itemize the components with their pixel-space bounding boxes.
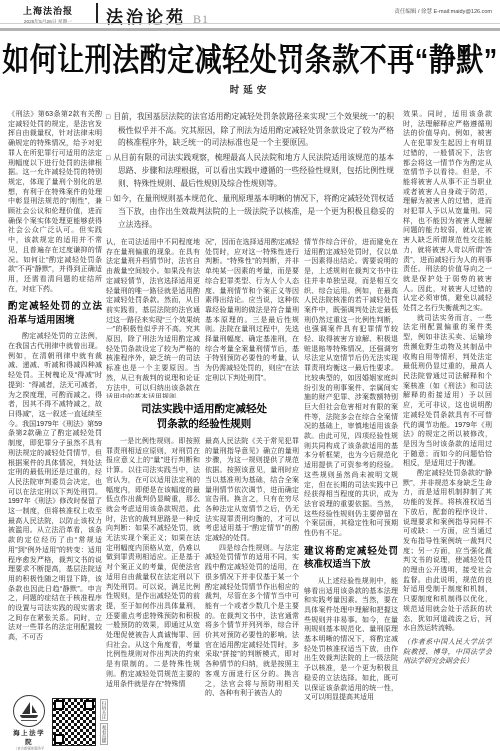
qr-captions: 扫码关注 观看直播: [100, 695, 108, 749]
article-paragraph: 最高人民法院《关于常见犯罪的量刑指导意见》确立的量刑步骤，为这一规则提供了规范依…: [205, 437, 299, 544]
column-2-top: 认，在司法适用中不同程度地存在量刑偏重的现象。在具有法定量刑升档情节时，法官自由…: [106, 238, 200, 398]
article-paragraph: 从上述经验性规则中，能够看出适用该条款的基本法理和实践考量因素。当然，要在具体案…: [304, 577, 398, 703]
article-paragraph: 酌定减轻处罚的立法例，在我国古代刑律中就曾出现。例如，在清朝刑律中就有裁减、递减…: [8, 332, 102, 643]
summary-box: □目前，我国基层法院的法官适用酌定减轻处罚条款路径来实现“三个效果统一”的积极性…: [106, 111, 394, 233]
footer-media-block: 海上法学院 （官方新媒体服务平台） 扫码关注 观看直播: [10, 695, 108, 749]
square-bullet-icon: □: [106, 155, 110, 162]
section-title-block: 法治论苑 B1: [96, 3, 209, 23]
column-5: 效果。同时，适用该条款时，法理解释应严格遵循刑法的价值导向。例如，被害人在犯罪发…: [403, 110, 492, 751]
page-number: B1: [193, 12, 209, 27]
editor-line: 责任编辑 / 徐慧 E-mail:maidy@126.com: [394, 7, 492, 15]
column-3-bottom: 最高人民法院《关于常见犯罪的量刑指导意见》确立的量刑步骤，为这一规则提供了规范依…: [205, 437, 299, 751]
author-name: 时延安: [0, 82, 500, 96]
section-heading: 酌定减轻处罚的立法沿革与适用困境: [8, 300, 102, 327]
square-bullet-icon: □: [106, 196, 110, 203]
article-paragraph: 情节作综合评价，进而避免在适用酌定减轻处罚时，仅以单一因素得出结论。需要说明的是…: [304, 238, 398, 539]
article-paragraph: 就司法实务而言，一些法定刑配置偏重的案件类型，例如非法买卖、运输珍贵濒危野生动物…: [403, 314, 492, 469]
section-title: 法治论苑: [106, 3, 186, 28]
lawschool-logo-caption: （官方新媒体服务平台）: [13, 746, 45, 751]
summary-bullet: □如今，在量刑规则基本规范化、量刑原理基本明晰的情况下，将酌定减轻处罚权适当下放…: [106, 193, 394, 232]
lawschool-logo-title: 海上法学院: [10, 728, 48, 746]
qr-caption-follow: 扫码关注: [100, 699, 108, 721]
article-paragraph: 四是综合性规则。与法定减轻处罚情节的适用不同，实践中酌定减轻处罚的适用，在很多情…: [205, 544, 299, 699]
qr-caption-watch: 观看直播: [100, 723, 108, 745]
paper-name-block: 上海法治报 2025年5月26日 星期一: [8, 4, 88, 25]
headline-rule-band: [0, 28, 500, 31]
summary-bullet: □目前，我国基层法院的法官适用酌定减轻处罚条款路径来实现“三个效果统一”的积极性…: [106, 111, 394, 150]
section-heading: 建议将酌定减轻处罚核准权适当下放: [304, 545, 398, 572]
masthead: 上海法治报 2025年5月26日 星期一 法治论苑 B1 责任编辑 / 徐慧 E…: [8, 3, 492, 23]
article-paragraph: 一是比例性规则。即按照罪责刑相适应原则，对刑罚在报应意义上的“量”进行判断和计算…: [106, 437, 200, 689]
article-paragraph: 效果。同时，适用该条款时，法理解释应严格遵循刑法的价值导向。例如，被害人在犯罪发…: [403, 110, 492, 314]
section-heading-spanning: 司法实践中适用酌定减轻处罚条款的经验性规则: [141, 402, 267, 432]
newspaper-page: 上海法治报 2025年5月26日 星期一 法治论苑 B1 责任编辑 / 徐慧 E…: [0, 0, 500, 751]
article-headline: 如何让刑法酌定减轻处罚条款不再“静默”: [2, 34, 498, 80]
article-paragraph: 《刑法》第63条第2款有关酌定减轻处罚的规定，是法官发挥自由裁量权，针对法律未明…: [8, 110, 102, 294]
sailboat-icon: [13, 695, 45, 727]
column-1: 《刑法》第63条第2款有关酌定减轻处罚的规定，是法官发挥自由裁量权，针对法律未明…: [8, 110, 102, 693]
masthead-divider: [0, 23, 500, 24]
article-paragraph: 酌定减轻处罚条款的“静默”，并非规范本身缺乏生命力，而是适用机制抑制了其功能的发…: [403, 469, 492, 634]
article-paragraph: 况”，因而在选择适用酌定减轻处罚时，应对这一特殊性进行判断。“特殊性”的判断，并…: [205, 238, 299, 384]
author-attribution: （作者系中国人民大学法学院教授、博导，中国法学会刑法学研究会副会长）: [403, 638, 492, 667]
paper-name: 上海法治报: [8, 4, 88, 17]
qr-code: [52, 698, 96, 746]
article-paragraph: 认，在司法适用中不同程度地存在量刑偏重的现象。在具有法定量刑升档情节时，法官自由…: [106, 238, 200, 398]
square-bullet-icon: □: [106, 114, 110, 121]
summary-bullet: □从目前有限的司法实践观察，梳理最高人民法院和地方人民法院适用该规范的基本思路、…: [106, 152, 394, 191]
column-4: 情节作综合评价，进而避免在适用酌定减轻处罚时，仅以单一因素得出结论。需要说明的是…: [304, 238, 398, 751]
column-3-top: 况”，因而在选择适用酌定减轻处罚时，应对这一特殊性进行判断。“特殊性”的判断，并…: [205, 238, 299, 398]
column-2-bottom: 一是比例性规则。即按照罪责刑相适应原则，对刑罚在报应意义上的“量”进行判断和计算…: [106, 437, 200, 751]
lawschool-logo: 海上法学院 （官方新媒体服务平台）: [10, 695, 48, 749]
